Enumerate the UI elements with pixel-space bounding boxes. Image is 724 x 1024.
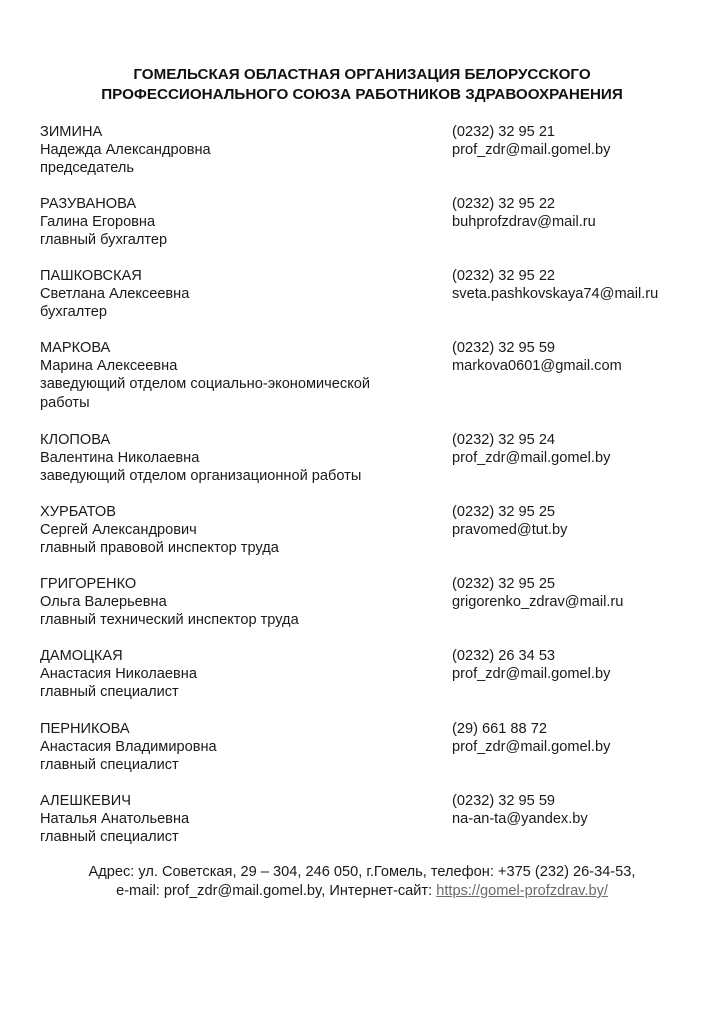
staff-entry-contacts: (0232) 32 95 59na-an-ta@yandex.by (452, 792, 588, 828)
staff-name: Анастасия Николаевна (40, 665, 197, 683)
website-link[interactable]: https://gomel-profzdrav.by/ (436, 883, 608, 899)
staff-surname: ГРИГОРЕНКО (40, 575, 299, 593)
staff-position: заведующий отделом социально-экономическ… (40, 375, 370, 393)
staff-email[interactable]: pravomed@tut.by (452, 521, 567, 539)
staff-name: Марина Алексеевна (40, 357, 370, 375)
staff-email[interactable]: na-an-ta@yandex.by (452, 810, 588, 828)
staff-entry-contacts: (0232) 32 95 22buhprofzdrav@mail.ru (452, 195, 596, 231)
staff-surname: КЛОПОВА (40, 431, 361, 449)
staff-name: Сергей Александрович (40, 521, 279, 539)
staff-phone: (0232) 32 95 25 (452, 503, 567, 521)
staff-entry-info: МАРКОВАМарина Алексеевназаведующий отдел… (40, 339, 370, 412)
staff-entry-info: РАЗУВАНОВАГалина Егоровнаглавный бухгалт… (40, 195, 167, 250)
title-line-2: ПРОФЕССИОНАЛЬНОГО СОЮЗА РАБОТНИКОВ ЗДРАВ… (0, 85, 724, 105)
staff-position: главный правовой инспектор труда (40, 539, 279, 557)
staff-entry-info: ЗИМИНАНадежда Александровнапредседатель (40, 123, 211, 178)
staff-name: Надежда Александровна (40, 141, 211, 159)
footer-contacts: Адрес: ул. Советская, 29 – 304, 246 050,… (0, 863, 724, 901)
staff-name: Ольга Валерьевна (40, 593, 299, 611)
staff-email[interactable]: sveta.pashkovskaya74@mail.ru (452, 285, 658, 303)
staff-entry-contacts: (29) 661 88 72prof_zdr@mail.gomel.by (452, 720, 610, 756)
staff-phone: (0232) 26 34 53 (452, 647, 610, 665)
footer-email-label: e-mail: prof_zdr@mail.gomel.by, Интернет… (116, 883, 436, 899)
staff-entry-contacts: (0232) 26 34 53prof_zdr@mail.gomel.by (452, 647, 610, 683)
document-title: ГОМЕЛЬСКАЯ ОБЛАСТНАЯ ОРГАНИЗАЦИЯ БЕЛОРУС… (0, 65, 724, 105)
staff-surname: АЛЕШКЕВИЧ (40, 792, 189, 810)
staff-entry-info: ГРИГОРЕНКООльга Валерьевнаглавный технич… (40, 575, 299, 630)
staff-position: главный технический инспектор труда (40, 611, 299, 629)
staff-surname: МАРКОВА (40, 339, 370, 357)
staff-entry-contacts: (0232) 32 95 21prof_zdr@mail.gomel.by (452, 123, 610, 159)
staff-phone: (0232) 32 95 59 (452, 339, 622, 357)
title-line-1: ГОМЕЛЬСКАЯ ОБЛАСТНАЯ ОРГАНИЗАЦИЯ БЕЛОРУС… (0, 65, 724, 85)
staff-entry-contacts: (0232) 32 95 25pravomed@tut.by (452, 503, 567, 539)
staff-position: работы (40, 394, 370, 412)
staff-entry-contacts: (0232) 32 95 24prof_zdr@mail.gomel.by (452, 431, 610, 467)
staff-surname: ПЕРНИКОВА (40, 720, 217, 738)
staff-name: Галина Егоровна (40, 213, 167, 231)
staff-phone: (0232) 32 95 59 (452, 792, 588, 810)
staff-email[interactable]: grigorenko_zdrav@mail.ru (452, 593, 623, 611)
staff-email[interactable]: prof_zdr@mail.gomel.by (452, 449, 610, 467)
staff-email[interactable]: markova0601@gmail.com (452, 357, 622, 375)
staff-entry-info: КЛОПОВАВалентина Николаевназаведующий от… (40, 431, 361, 486)
staff-email[interactable]: prof_zdr@mail.gomel.by (452, 738, 610, 756)
staff-name: Наталья Анатольевна (40, 810, 189, 828)
staff-phone: (29) 661 88 72 (452, 720, 610, 738)
staff-surname: ЗИМИНА (40, 123, 211, 141)
staff-entry-info: ПАШКОВСКАЯСветлана Алексеевнабухгалтер (40, 267, 189, 322)
staff-surname: ПАШКОВСКАЯ (40, 267, 189, 285)
staff-phone: (0232) 32 95 24 (452, 431, 610, 449)
staff-phone: (0232) 32 95 22 (452, 195, 596, 213)
staff-email[interactable]: prof_zdr@mail.gomel.by (452, 141, 610, 159)
staff-phone: (0232) 32 95 21 (452, 123, 610, 141)
staff-name: Валентина Николаевна (40, 449, 361, 467)
staff-entry-contacts: (0232) 32 95 25grigorenko_zdrav@mail.ru (452, 575, 623, 611)
staff-entry-info: ПЕРНИКОВААнастасия Владимировнаглавный с… (40, 720, 217, 775)
staff-surname: РАЗУВАНОВА (40, 195, 167, 213)
staff-email[interactable]: prof_zdr@mail.gomel.by (452, 665, 610, 683)
staff-entry-info: ДАМОЦКАЯАнастасия Николаевнаглавный спец… (40, 647, 197, 702)
staff-surname: ДАМОЦКАЯ (40, 647, 197, 665)
staff-name: Светлана Алексеевна (40, 285, 189, 303)
staff-position: председатель (40, 159, 211, 177)
staff-entry-contacts: (0232) 32 95 22sveta.pashkovskaya74@mail… (452, 267, 658, 303)
staff-position: главный специалист (40, 828, 189, 846)
staff-entry-info: АЛЕШКЕВИЧНаталья Анатольевнаглавный спец… (40, 792, 189, 847)
footer-contact-line: e-mail: prof_zdr@mail.gomel.by, Интернет… (0, 882, 724, 901)
staff-entry-info: ХУРБАТОВСергей Александровичглавный прав… (40, 503, 279, 558)
staff-position: заведующий отделом организационной работ… (40, 467, 361, 485)
staff-position: бухгалтер (40, 303, 189, 321)
footer-address: Адрес: ул. Советская, 29 – 304, 246 050,… (0, 863, 724, 882)
staff-phone: (0232) 32 95 22 (452, 267, 658, 285)
staff-position: главный специалист (40, 683, 197, 701)
staff-surname: ХУРБАТОВ (40, 503, 279, 521)
staff-position: главный бухгалтер (40, 231, 167, 249)
staff-entry-contacts: (0232) 32 95 59markova0601@gmail.com (452, 339, 622, 375)
staff-email[interactable]: buhprofzdrav@mail.ru (452, 213, 596, 231)
staff-name: Анастасия Владимировна (40, 738, 217, 756)
staff-position: главный специалист (40, 756, 217, 774)
staff-phone: (0232) 32 95 25 (452, 575, 623, 593)
